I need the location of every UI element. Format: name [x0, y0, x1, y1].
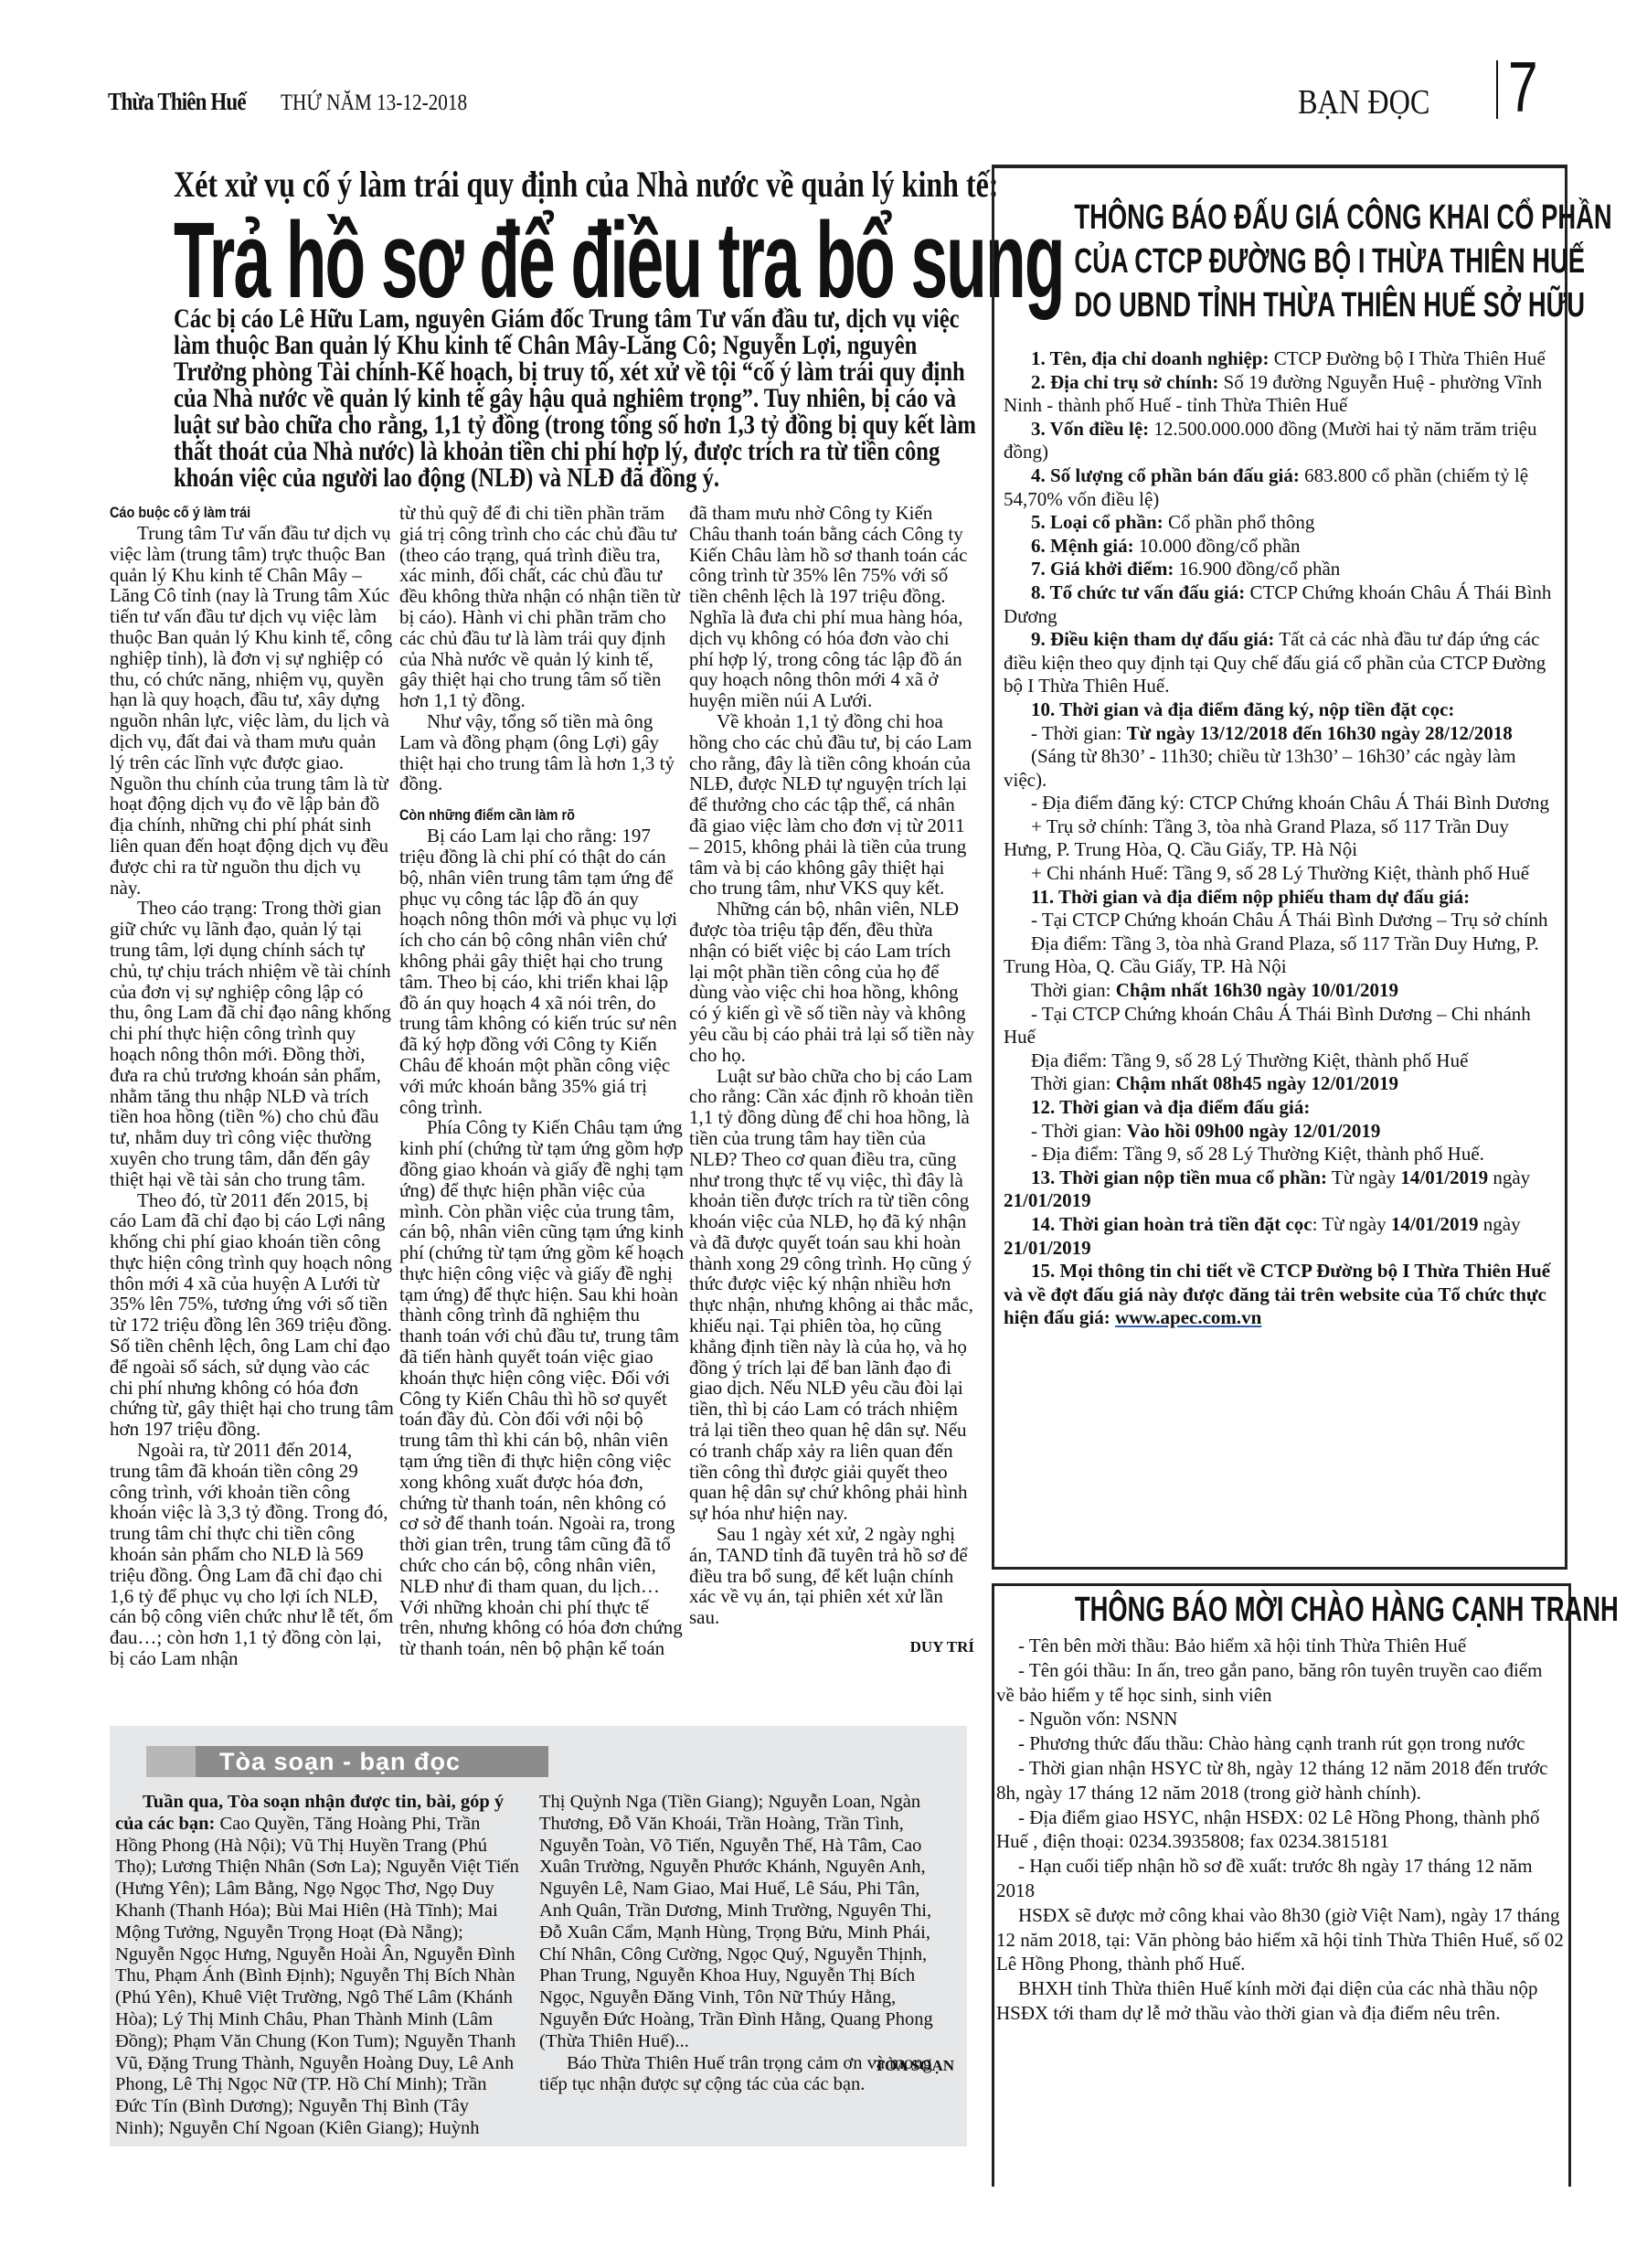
item-label: 14. Thời gian hoàn trả tiền đặt cọc — [1031, 1213, 1312, 1235]
title-line: CỦA CTCP ĐƯỜNG BỘ I THỪA THIÊN HUẾ — [1074, 240, 1484, 283]
newspaper-name: Thừa Thiên Huế — [108, 88, 246, 116]
line-bold: 14/01/2019 — [1391, 1213, 1479, 1235]
page-number: 7 — [1508, 51, 1538, 122]
article-paragraph: Theo cáo trạng: Trong thời gian giữ chức… — [110, 898, 395, 1189]
line-text: Thời gian: — [1031, 1072, 1116, 1094]
article-paragraph: Theo đó, từ 2011 đến 2015, bị cáo Lam đã… — [110, 1190, 395, 1441]
article-paragraph: Những cán bộ, nhân viên, NLĐ được tòa tr… — [689, 899, 974, 1065]
bid-notice-line: - Tên bên mời thầu: Bảo hiểm xã hội tỉnh… — [996, 1634, 1565, 1658]
item-label: 7. Giá khởi điểm: — [1031, 558, 1174, 580]
line-bold: 14/01/2019 — [1400, 1166, 1488, 1188]
notice-item: 3. Vốn điều lệ: 12.500.000.000 đồng (Mườ… — [1004, 418, 1559, 464]
bid-notice-line: BHXH tỉnh Thừa thiên Huế kính mời đại di… — [996, 1976, 1565, 2026]
notice-item: 8. Tổ chức tư vấn đấu giá: CTCP Chứng kh… — [1004, 581, 1559, 628]
notice-item: 12. Thời gian và địa điểm đấu giá: — [1004, 1096, 1559, 1120]
line-text: Thời gian: — [1031, 979, 1116, 1001]
bid-notice-body: - Tên bên mời thầu: Bảo hiểm xã hội tỉnh… — [996, 1634, 1565, 2026]
notice-line: Địa điểm: Tầng 9, số 28 Lý Thường Kiệt, … — [1004, 1049, 1559, 1073]
auction-notice-title: THÔNG BÁO ĐẤU GIÁ CÔNG KHAI CỔ PHẦN CỦA … — [1074, 196, 1484, 327]
article-paragraph: Phía Công ty Kiến Châu tạm ứng kinh phí … — [399, 1117, 685, 1659]
readers-box: Tòa soạn - bạn đọc Tuần qua, Tòa soạn nh… — [110, 1726, 967, 2146]
bid-notice-line: - Tên gói thầu: In ấn, treo gắn pano, bă… — [996, 1658, 1565, 1708]
notice-line: - Thời gian: Vào hồi 09h00 ngày 12/01/20… — [1004, 1120, 1559, 1144]
article-byline: DUY TRÍ — [689, 1637, 974, 1658]
line-bold: Vào hồi 09h00 ngày 12/01/2019 — [1127, 1120, 1381, 1142]
notice-line: Thời gian: Chậm nhất 08h45 ngày 12/01/20… — [1004, 1072, 1559, 1096]
notice-item: 1. Tên, địa chỉ doanh nghiệp: CTCP Đường… — [1004, 347, 1559, 371]
article-paragraph: từ thủ quỹ để đi chi tiền phần trăm giá … — [399, 503, 685, 711]
article-column-3: đã tham mưu nhờ Công ty Kiến Châu thanh … — [689, 503, 974, 1658]
bid-notice-box: THÔNG BÁO MỜI CHÀO HÀNG CẠNH TRANH - Tên… — [992, 1583, 1571, 2187]
bid-notice-line: - Thời gian nhận HSYC từ 8h, ngày 12 thá… — [996, 1756, 1565, 1805]
notice-item: 6. Mệnh giá: 10.000 đồng/cổ phần — [1004, 535, 1559, 559]
notice-item: 9. Điều kiện tham dự đấu giá: Tất cả các… — [1004, 628, 1559, 698]
item-label: 6. Mệnh giá: — [1031, 535, 1134, 557]
bid-notice-line: - Phương thức đấu thầu: Chào hàng cạnh t… — [996, 1731, 1565, 1756]
bid-notice-line: - Địa điểm giao HSYC, nhận HSĐX: 02 Lê H… — [996, 1805, 1565, 1855]
item-text: Cổ phần phổ thông — [1164, 511, 1315, 533]
item-label: 3. Vốn điều lệ: — [1031, 418, 1149, 440]
readers-box-title: Tòa soạn - bạn đọc — [219, 1746, 461, 1777]
notice-item: 5. Loại cổ phần: Cổ phần phổ thông — [1004, 511, 1559, 535]
readers-column-1: Tuần qua, Tòa soạn nhận được tin, bài, g… — [115, 1792, 522, 2140]
article-kicker: Xét xử vụ cố ý làm trái quy định của Nhà… — [174, 163, 998, 206]
article-lead: Các bị cáo Lê Hữu Lam, nguyên Giám đốc T… — [174, 305, 991, 491]
line-bold: 21/01/2019 — [1004, 1237, 1091, 1259]
item-text: 10.000 đồng/cổ phần — [1134, 535, 1301, 557]
article-paragraph: Bị cáo Lam lại cho rằng: 197 triệu đồng … — [399, 825, 685, 1117]
notice-line: + Chi nhánh Huế: Tầng 9, số 28 Lý Thường… — [1004, 862, 1559, 886]
notice-line: (Sáng từ 8h30’ - 11h30; chiều từ 13h30’ … — [1004, 745, 1559, 792]
article-paragraph: Sau 1 ngày xét xử, 2 ngày nghị án, TAND … — [689, 1524, 974, 1628]
notice-line: - Tại CTCP Chứng khoán Châu Á Thái Bình … — [1004, 909, 1559, 932]
notice-line: + Trụ sở chính: Tầng 3, tòa nhà Grand Pl… — [1004, 815, 1559, 862]
item-label: 8. Tổ chức tư vấn đấu giá: — [1031, 581, 1245, 603]
readers-column-2: Thị Quỳnh Nga (Tiền Giang); Nguyễn Loan,… — [539, 1792, 946, 2096]
notice-line: - Địa điểm: Tầng 9, số 28 Lý Thường Kiệt… — [1004, 1143, 1559, 1166]
notice-line: - Tại CTCP Chứng khoán Châu Á Thái Bình … — [1004, 1003, 1559, 1049]
line-text: Từ ngày — [1327, 1166, 1400, 1188]
website-link[interactable]: www.apec.com.vn — [1115, 1306, 1261, 1328]
item-label: 5. Loại cổ phần: — [1031, 511, 1164, 533]
notice-line: Địa điểm: Tầng 3, tòa nhà Grand Plaza, s… — [1004, 932, 1559, 979]
item-label: 2. Địa chỉ trụ sở chính: — [1031, 371, 1218, 393]
notice-item: 15. Mọi thông tin chi tiết về CTCP Đường… — [1004, 1260, 1559, 1330]
masthead: Thừa Thiên Huế THỨ NĂM 13-12-2018 — [108, 88, 501, 116]
bid-notice-line: HSĐX sẽ được mở công khai vào 8h30 (giờ … — [996, 1903, 1565, 1976]
auction-notice-body: 1. Tên, địa chỉ doanh nghiệp: CTCP Đường… — [1004, 347, 1559, 1330]
notice-line: - Thời gian: Từ ngày 13/12/2018 đến 16h3… — [1004, 722, 1559, 746]
item-label: 12. Thời gian và địa điểm đấu giá: — [1031, 1096, 1310, 1118]
line-text: - Thời gian: — [1031, 1120, 1127, 1142]
article-column-1: Cáo buộc cố ý làm trái Trung tâm Tư vấn … — [110, 503, 395, 1669]
item-text: CTCP Đường bộ I Thừa Thiên Huế — [1269, 347, 1545, 369]
item-label: 4. Số lượng cổ phần bán đấu giá: — [1031, 464, 1300, 486]
notice-item: 10. Thời gian và địa điểm đăng ký, nộp t… — [1004, 698, 1559, 722]
readers-signature: TÒA SOẠN — [875, 2057, 954, 2075]
subheading: Cáo buộc cố ý làm trái — [110, 503, 352, 523]
article-paragraph: Về khoản 1,1 tỷ đồng chi hoa hồng cho cá… — [689, 711, 974, 899]
line-text: - Thời gian: — [1031, 722, 1127, 744]
line-bold: Từ ngày 13/12/2018 đến 16h30 ngày 28/12/… — [1127, 722, 1513, 744]
article-paragraph: Luật sư bào chữa cho bị cáo Lam cho rằng… — [689, 1066, 974, 1525]
notice-item: 7. Giá khởi điểm: 16.900 đồng/cổ phần — [1004, 558, 1559, 581]
title-line: THÔNG BÁO ĐẤU GIÁ CÔNG KHAI CỔ PHẦN — [1074, 196, 1484, 240]
notice-line: - Địa điểm đăng ký: CTCP Chứng khoán Châ… — [1004, 792, 1559, 815]
notice-line: Thời gian: Chậm nhất 16h30 ngày 10/01/20… — [1004, 979, 1559, 1003]
line-bold: Chậm nhất 16h30 ngày 10/01/2019 — [1116, 979, 1398, 1001]
title-line: DO UBND TỈNH THỪA THIÊN HUẾ SỞ HỮU — [1074, 283, 1484, 327]
line-text: ngày — [1479, 1213, 1521, 1235]
article-column-2: từ thủ quỹ để đi chi tiền phần trăm giá … — [399, 503, 685, 1659]
readers-box-tab-accent — [146, 1746, 196, 1777]
notice-item: 2. Địa chỉ trụ sở chính: Số 19 đường Ngu… — [1004, 371, 1559, 418]
item-label: 15. Mọi thông tin chi tiết về CTCP Đường… — [1004, 1260, 1550, 1328]
line-text: : Từ ngày — [1312, 1213, 1391, 1235]
page-number-divider — [1496, 60, 1498, 119]
line-bold: 21/01/2019 — [1004, 1189, 1091, 1211]
article-paragraph: đã tham mưu nhờ Công ty Kiến Châu thanh … — [689, 503, 974, 711]
line-bold: Chậm nhất 08h45 ngày 12/01/2019 — [1116, 1072, 1398, 1094]
item-label: 13. Thời gian nộp tiền mua cổ phần: — [1031, 1166, 1327, 1188]
bid-notice-line: - Nguồn vốn: NSNN — [996, 1707, 1565, 1731]
article-headline: Trả hồ sơ để điều tra bổ sung — [174, 207, 1064, 314]
issue-date: THỨ NĂM 13-12-2018 — [281, 91, 467, 116]
article-paragraph: Ngoài ra, từ 2011 đến 2014, trung tâm đã… — [110, 1440, 395, 1669]
item-label: 9. Điều kiện tham dự đấu giá: — [1031, 628, 1274, 650]
item-label: 10. Thời gian và địa điểm đăng ký, nộp t… — [1031, 698, 1454, 720]
bid-notice-line: - Hạn cuối tiếp nhận hồ sơ đề xuất: trướ… — [996, 1854, 1565, 1903]
item-text: 16.900 đồng/cổ phần — [1174, 558, 1340, 580]
readers-names: Cao Quyền, Tăng Hoàng Phi, Trần Hồng Pho… — [115, 1814, 519, 2138]
readers-names: Thị Quỳnh Nga (Tiền Giang); Nguyễn Loan,… — [539, 1792, 946, 2053]
notice-item: 13. Thời gian nộp tiền mua cổ phần: Từ n… — [1004, 1166, 1559, 1213]
subheading: Còn những điểm cần làm rõ — [399, 805, 642, 825]
auction-notice-box: THÔNG BÁO ĐẤU GIÁ CÔNG KHAI CỔ PHẦN CỦA … — [992, 165, 1567, 1570]
article-paragraph: Như vậy, tổng số tiền mà ông Lam và đồng… — [399, 711, 685, 794]
item-label: 1. Tên, địa chỉ doanh nghiệp: — [1031, 347, 1269, 369]
item-label: 11. Thời gian và địa điểm nộp phiếu tham… — [1031, 886, 1470, 908]
notice-item: 11. Thời gian và địa điểm nộp phiếu tham… — [1004, 886, 1559, 910]
bid-notice-title: THÔNG BÁO MỜI CHÀO HÀNG CẠNH TRANH — [1075, 1590, 1488, 1630]
line-text: ngày — [1488, 1166, 1530, 1188]
notice-item: 14. Thời gian hoàn trả tiền đặt cọc: Từ … — [1004, 1213, 1559, 1260]
section-name: BẠN ĐỌC — [1298, 82, 1429, 122]
article-paragraph: Trung tâm Tư vấn đầu tư dịch vụ việc làm… — [110, 523, 395, 898]
notice-item: 4. Số lượng cổ phần bán đấu giá: 683.800… — [1004, 464, 1559, 511]
